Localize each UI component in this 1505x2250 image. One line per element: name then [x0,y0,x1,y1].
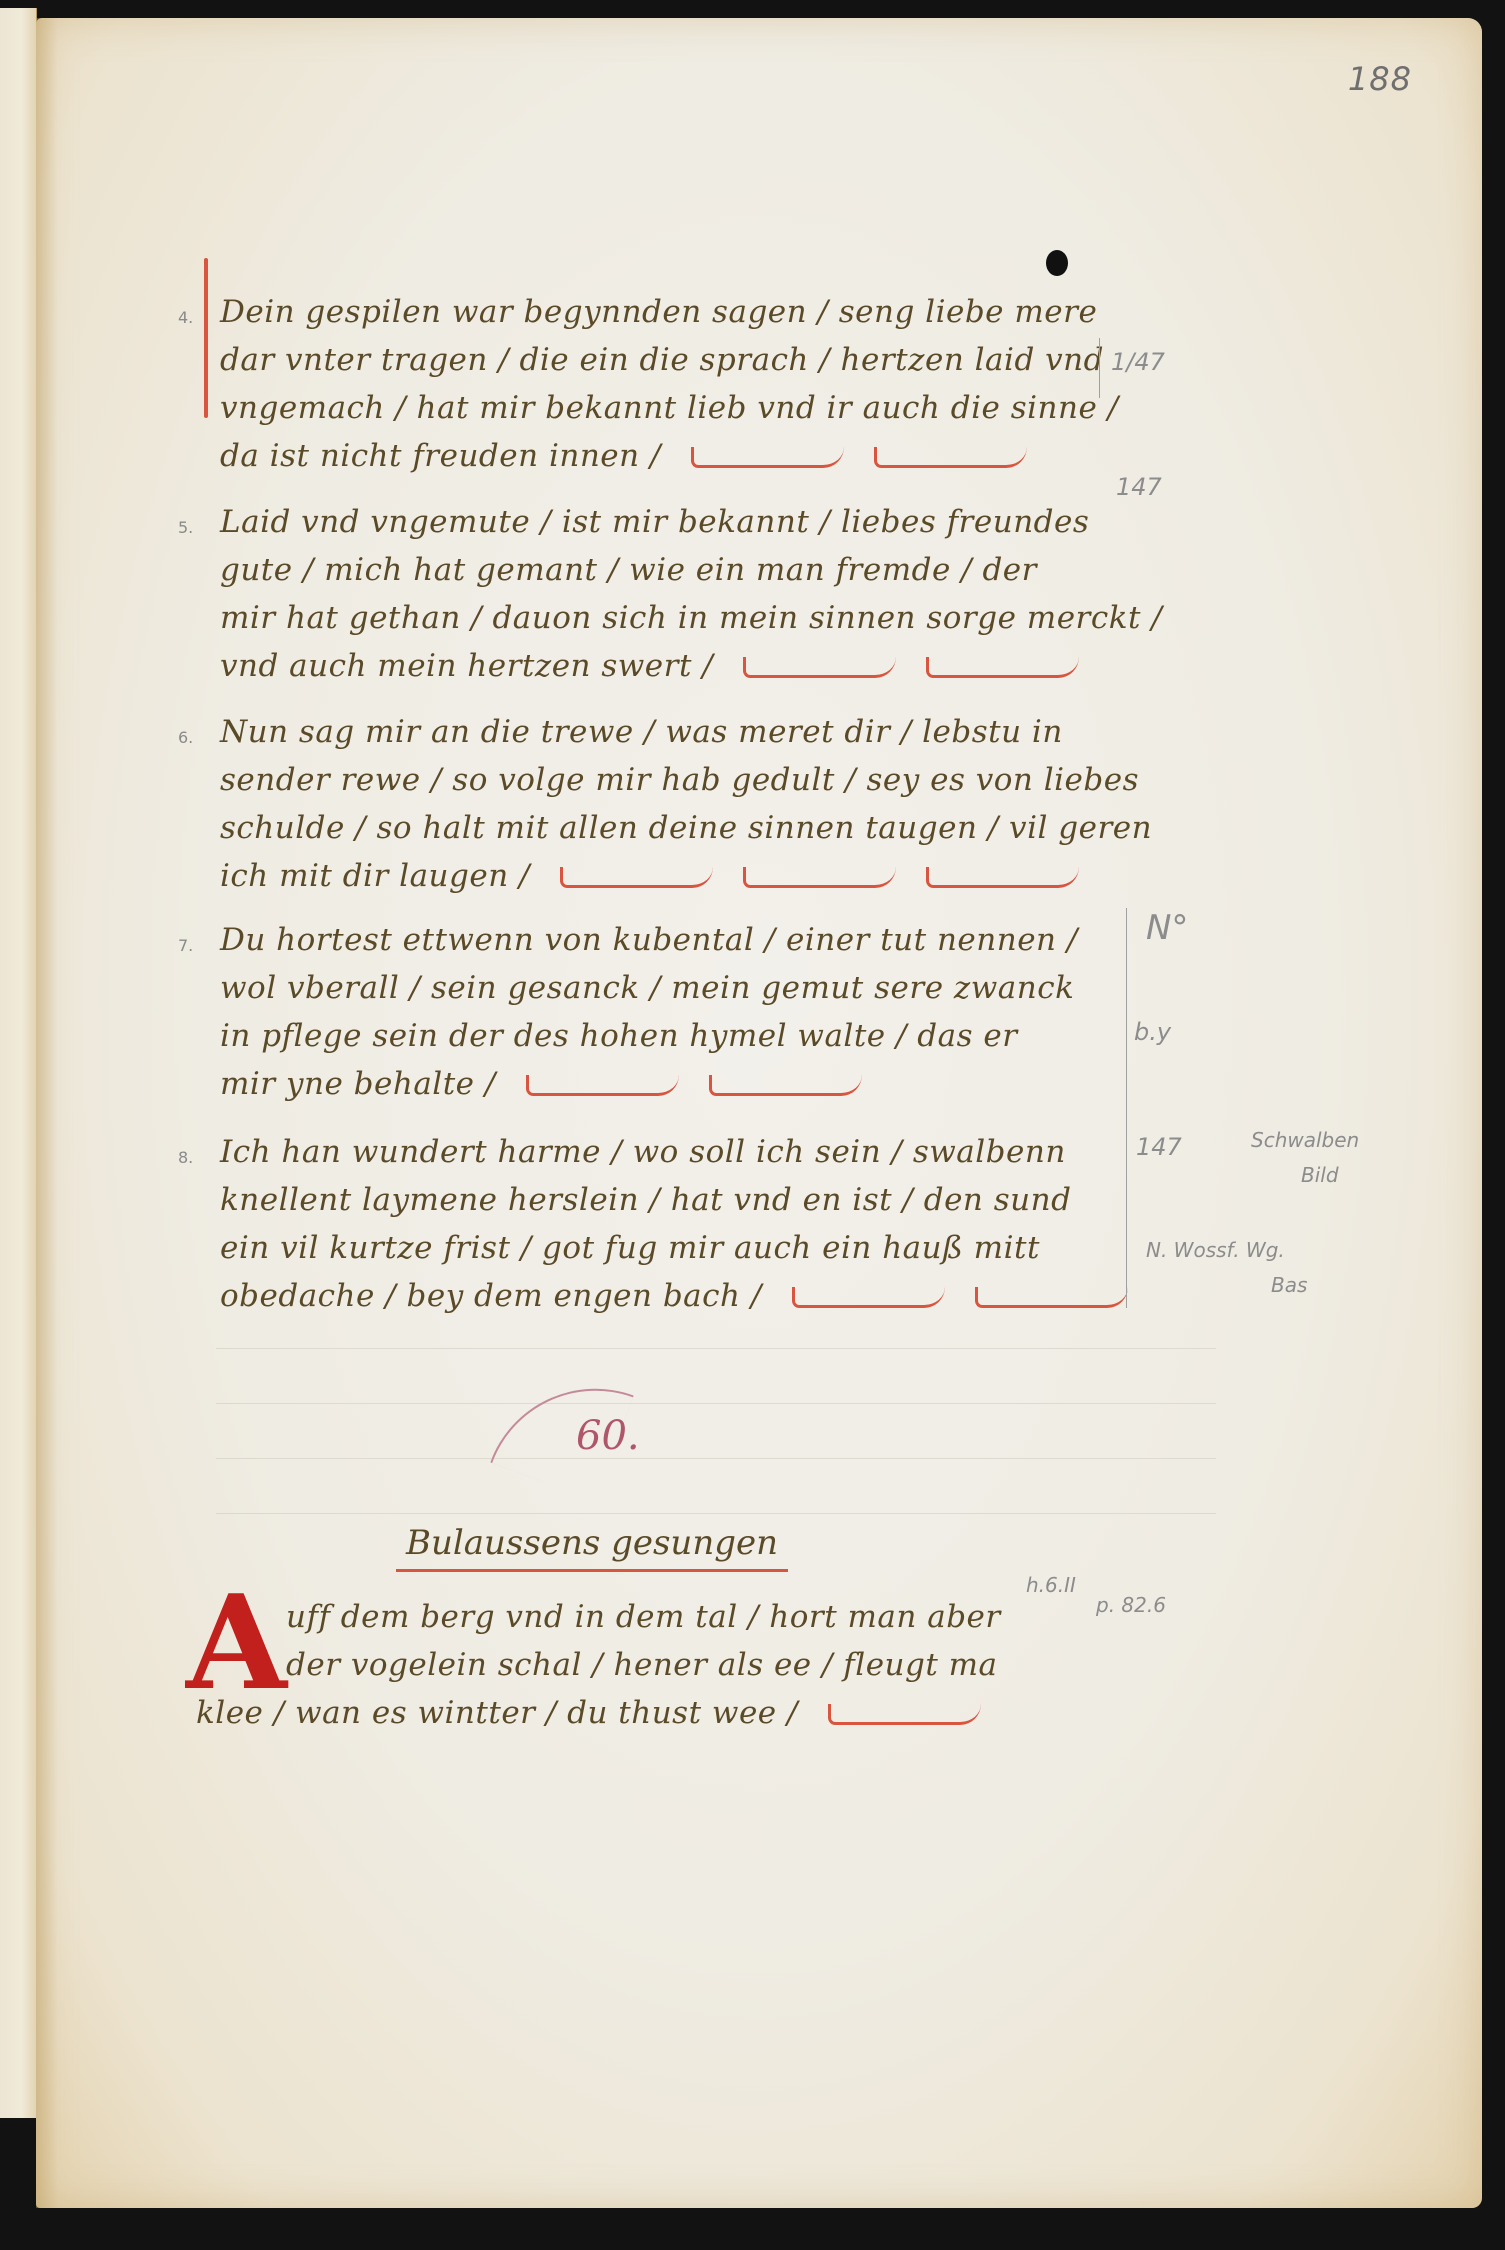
stanza-6: 6. Nun sag mir an die trewe / was meret … [196,708,1156,900]
verse-line: mir yne behalte / [196,1060,1156,1108]
rubric-flourish [926,657,1079,678]
folio-number: 188 [1348,60,1412,98]
verse-line: dar vnter tragen / die ein die sprach / … [196,336,1156,384]
pencil-note: Bild [1301,1163,1339,1187]
pencil-note: b.y [1134,1018,1171,1046]
pencil-note: 147 [1136,1133,1182,1161]
verse-line: vnd auch mein hertzen swert / [196,642,1156,690]
pencil-note: N. Wossf. Wg. [1146,1238,1285,1262]
stanza-number: 5. [178,518,193,537]
verse-line: sender rewe / so volge mir hab gedult / … [196,756,1156,804]
ruling-line [216,1458,1216,1459]
stanza-number: 7. [178,936,193,955]
stanza-number: 8. [178,1148,193,1167]
rubric-flourish [874,447,1027,468]
verse-line: klee / wan es wintter / du thust wee / [196,1689,1136,1737]
verse-line: Nun sag mir an die trewe / was meret dir… [196,708,1156,756]
verse-line: gute / mich hat gemant / wie ein man fre… [196,546,1156,594]
rubric-flourish [743,867,896,888]
pencil-bracket [1099,338,1100,398]
verse-line: obedache / bey dem engen bach / [196,1272,1156,1320]
rubric-flourish [526,1075,679,1096]
verse-line: vngemach / hat mir bekannt lieb vnd ir a… [196,384,1156,432]
song-heading: Bulaussens gesungen [396,1523,788,1572]
rubric-flourish [709,1075,862,1096]
stanza-5: 5. Laid vnd vngemute / ist mir bekannt /… [196,498,1156,690]
song-60-stanza-1: uff dem berg vnd in dem tal / hort man a… [286,1593,1136,1737]
pencil-margin-line [1126,908,1127,1308]
verse-line: mir hat gethan / dauon sich in mein sinn… [196,594,1156,642]
verse-line: uff dem berg vnd in dem tal / hort man a… [286,1593,1136,1641]
rubric-flourish [743,657,896,678]
stanza-number: 6. [178,728,193,747]
rubric-flourish [560,867,713,888]
verse-line: knellent laymene herslein / hat vnd en i… [196,1176,1156,1224]
verse-line: in pflege sein der des hohen hymel walte… [196,1012,1156,1060]
pencil-note: 147 [1116,473,1162,501]
verse-line: ich mit dir laugen / [196,852,1156,900]
previous-leaf-edge [0,8,37,2118]
verse-line: Du hortest ettwenn von kubental / einer … [196,916,1156,964]
rubric-flourish [828,1704,981,1725]
pencil-note: Schwalben [1251,1128,1359,1152]
stanza-number: 4. [178,308,193,327]
ruling-line [216,1348,1216,1349]
pencil-note: N° [1146,908,1188,948]
verse-line: Dein gespilen war begynnden sagen / seng… [196,288,1156,336]
verse-line: schulde / so halt mit allen deine sinnen… [196,804,1156,852]
verse-line: ein vil kurtze frist / got fug mir auch … [196,1224,1156,1272]
verse-line: Laid vnd vngemute / ist mir bekannt / li… [196,498,1156,546]
rubric-flourish [792,1287,945,1308]
ink-blot [1046,250,1068,276]
ruling-line [216,1513,1216,1514]
ruling-line [216,1403,1216,1404]
verse-line: der vogelein schal / hener als ee / fleu… [286,1641,1136,1689]
verse-line: da ist nicht freuden innen / [196,432,1156,480]
stanza-8: 8. Ich han wundert harme / wo soll ich s… [196,1128,1156,1320]
rubric-stroke [204,258,208,418]
rubric-flourish [926,867,1079,888]
stanza-4: 4. Dein gespilen war begynnden sagen / s… [196,288,1156,480]
song-number: 60. [576,1413,640,1459]
verse-line: wol vberall / sein gesanck / mein gemut … [196,964,1156,1012]
stanza-7: 7. Du hortest ettwenn von kubental / ein… [196,916,1156,1108]
pencil-note: 1/47 [1111,348,1165,376]
manuscript-page: 188 4. Dein gespilen war begynnden sagen… [36,18,1482,2208]
pencil-note: Bas [1271,1273,1307,1297]
rubric-flourish [691,447,844,468]
rubric-flourish [975,1287,1128,1308]
verse-line: Ich han wundert harme / wo soll ich sein… [196,1128,1156,1176]
